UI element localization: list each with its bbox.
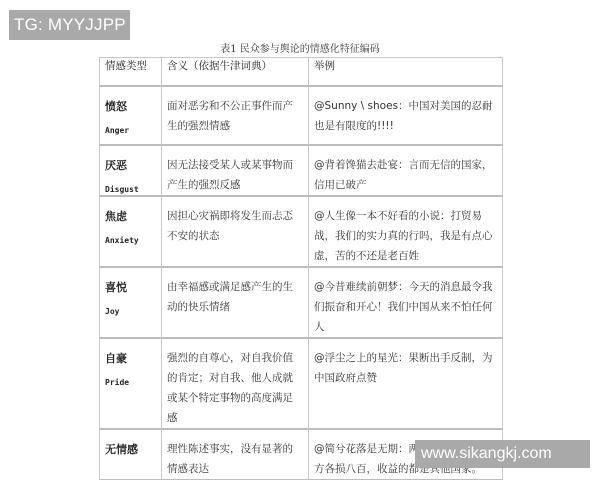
meaning-cell: 由幸福感或满足感产生的生动的快乐情绪 — [162, 267, 309, 338]
example-text: @Sunny \ shoes：中国对美国的忍耐也是有限度的!!!! — [314, 96, 497, 136]
emotion-type-zh: 无情感 — [105, 441, 156, 457]
watermark-top-left: TG: MYYJJPP — [9, 10, 130, 40]
example-cell: @人生像一本不好看的小说：打贸易战，我们的实力真的行吗，我是有点心虚，苦的不还是… — [309, 196, 503, 267]
example-cell: @背着馋猫去赴宴：言而无信的国家，信用已破产 — [309, 145, 503, 196]
emotion-type-zh: 喜悦 — [105, 279, 156, 295]
table-caption: 表1 民众参与舆论的情感化特征编码 — [0, 40, 600, 55]
meaning-cell: 因无法接受某人或某事物而产生的强烈反感 — [162, 145, 309, 196]
meaning-text: 强烈的自尊心，对自我价值的肯定；对自我、他人成就或某个特定事物的高度满足感 — [167, 348, 303, 428]
emotion-type-en: Anxiety — [105, 236, 156, 245]
table-row: 愤怒 Anger 面对恶劣和不公正事件而产生的强烈情感 @Sunny \ sho… — [100, 86, 503, 145]
emotion-type-zh: 焦虑 — [105, 208, 156, 224]
header-emotion-type: 情感类型 — [100, 58, 162, 87]
emotion-type-en: Joy — [105, 307, 156, 316]
meaning-cell: 强烈的自尊心，对自我价值的肯定；对自我、他人成就或某个特定事物的高度满足感 — [162, 338, 309, 429]
emotion-coding-table: 情感类型 含义（依据牛津词典） 举例 愤怒 Anger 面对恶劣和不公正事件而产… — [99, 57, 503, 480]
meaning-text: 面对恶劣和不公正事件而产生的强烈情感 — [167, 96, 303, 136]
meaning-cell: 因担心灾祸即将发生而忐忑不安的状态 — [162, 196, 309, 267]
emotion-type-en: Pride — [105, 378, 156, 387]
example-text: @人生像一本不好看的小说：打贸易战，我们的实力真的行吗，我是有点心虚，苦的不还是… — [314, 206, 497, 266]
meaning-text: 理性陈述事实，没有显著的情感表达 — [167, 439, 303, 479]
emotion-type-cell: 无情感 — [100, 429, 162, 480]
emotion-type-cell: 焦虑 Anxiety — [100, 196, 162, 267]
emotion-type-en: Anger — [105, 126, 156, 135]
meaning-cell: 面对恶劣和不公正事件而产生的强烈情感 — [162, 86, 309, 145]
example-cell: @浮尘之上的星光：果断出手反制，为中国政府点赞 — [309, 338, 503, 429]
example-text: @浮尘之上的星光：果断出手反制，为中国政府点赞 — [314, 348, 497, 388]
table-header-row: 情感类型 含义（依据牛津词典） 举例 — [100, 58, 503, 87]
meaning-cell: 理性陈述事实，没有显著的情感表达 — [162, 429, 309, 480]
header-meaning: 含义（依据牛津词典） — [162, 58, 309, 87]
watermark-bottom-right: www.sikangkj.com — [415, 440, 590, 468]
example-text: @今昔难续前朝梦：今天的消息最令我们振奋和开心！我们中国从来不怕任何人 — [314, 277, 497, 337]
table-row: 焦虑 Anxiety 因担心灾祸即将发生而忐忑不安的状态 @人生像一本不好看的小… — [100, 196, 503, 267]
emotion-type-cell: 自豪 Pride — [100, 338, 162, 429]
meaning-text: 由幸福感或满足感产生的生动的快乐情绪 — [167, 277, 303, 317]
example-text: @背着馋猫去赴宴：言而无信的国家，信用已破产 — [314, 155, 497, 195]
meaning-text: 因担心灾祸即将发生而忐忑不安的状态 — [167, 206, 303, 246]
emotion-type-cell: 厌恶 Disgust — [100, 145, 162, 196]
example-cell: @今昔难续前朝梦：今天的消息最令我们振奋和开心！我们中国从来不怕任何人 — [309, 267, 503, 338]
emotion-type-zh: 厌恶 — [105, 157, 156, 173]
meaning-text: 因无法接受某人或某事物而产生的强烈反感 — [167, 155, 303, 195]
table-row: 喜悦 Joy 由幸福感或满足感产生的生动的快乐情绪 @今昔难续前朝梦：今天的消息… — [100, 267, 503, 338]
example-cell: @Sunny \ shoes：中国对美国的忍耐也是有限度的!!!! — [309, 86, 503, 145]
emotion-type-en: Disgust — [105, 185, 156, 194]
emotion-type-zh: 愤怒 — [105, 98, 156, 114]
emotion-type-cell: 喜悦 Joy — [100, 267, 162, 338]
table-row: 厌恶 Disgust 因无法接受某人或某事物而产生的强烈反感 @背着馋猫去赴宴：… — [100, 145, 503, 196]
table-row: 自豪 Pride 强烈的自尊心，对自我价值的肯定；对自我、他人成就或某个特定事物… — [100, 338, 503, 429]
emotion-type-zh: 自豪 — [105, 350, 156, 366]
emotion-type-cell: 愤怒 Anger — [100, 86, 162, 145]
header-example: 举例 — [309, 58, 503, 87]
